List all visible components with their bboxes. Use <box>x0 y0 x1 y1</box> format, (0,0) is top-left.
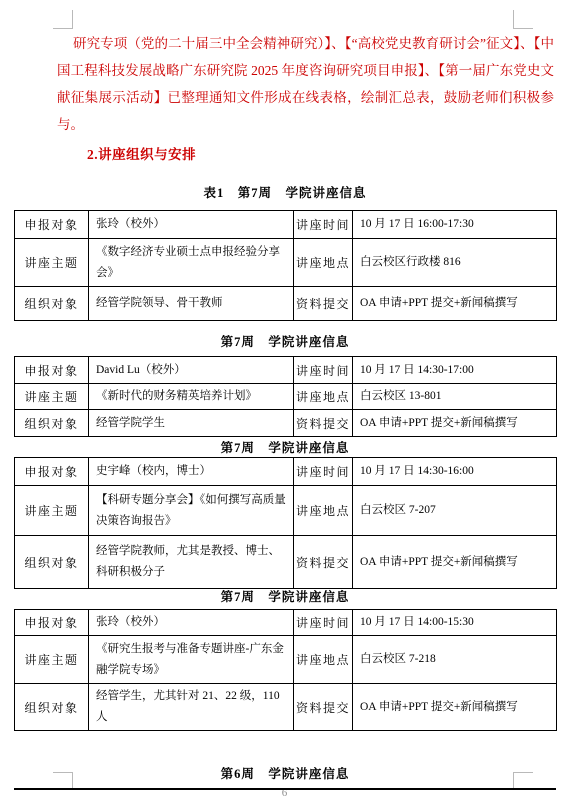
field-value: 《研究生报考与准备专题讲座-广东金融学院专场》 <box>89 636 294 684</box>
field-label: 资料提交 <box>294 684 353 731</box>
field-value: 张玲（校外） <box>89 610 294 636</box>
field-label: 讲座地点 <box>294 636 353 684</box>
lecture-table-week7-4: 申报对象 张玲（校外） 讲座时间 10 月 17 日 14:00-15:30 讲… <box>14 609 557 731</box>
field-value: OA 申请+PPT 提交+新闻稿撰写 <box>353 684 557 731</box>
field-value: 10 月 17 日 14:30-17:00 <box>353 357 557 384</box>
field-value: 经管学院学生 <box>89 410 294 437</box>
lecture-table-week7-2: 申报对象 David Lu（校外） 讲座时间 10 月 17 日 14:30-1… <box>14 356 557 437</box>
field-value: 白云校区行政楼 816 <box>353 239 557 287</box>
table-row: 组织对象 经管学生，尤其针对 21、22 级，110 人 资料提交 OA 申请+… <box>15 684 557 731</box>
field-label: 组织对象 <box>15 536 89 589</box>
field-label: 组织对象 <box>15 287 89 321</box>
field-value: OA 申请+PPT 提交+新闻稿撰写 <box>353 536 557 589</box>
field-value: 10 月 17 日 14:00-15:30 <box>353 610 557 636</box>
table-row: 讲座主题 《研究生报考与准备专题讲座-广东金融学院专场》 讲座地点 白云校区 7… <box>15 636 557 684</box>
field-label: 讲座时间 <box>294 357 353 384</box>
field-label: 讲座时间 <box>294 458 353 486</box>
field-label: 讲座主题 <box>15 636 89 684</box>
text-boundary-mark-top-right <box>513 10 533 29</box>
field-value: 白云校区 7-218 <box>353 636 557 684</box>
field-value: 10 月 17 日 16:00-17:30 <box>353 211 557 239</box>
field-label: 讲座时间 <box>294 610 353 636</box>
table-row: 组织对象 经管学院教师，尤其是教授、博士、科研积极分子 资料提交 OA 申请+P… <box>15 536 557 589</box>
field-label: 讲座主题 <box>15 486 89 536</box>
field-label: 组织对象 <box>15 410 89 437</box>
field-label: 讲座地点 <box>294 486 353 536</box>
intro-paragraph: 研究专项（党的二十届三中全会精神研究）】、【“高校党史教育研讨会”征文】、【中国… <box>57 30 554 138</box>
table-row: 申报对象 张玲（校外） 讲座时间 10 月 17 日 14:00-15:30 <box>15 610 557 636</box>
field-value: 【科研专题分享会】《如何撰写高质量决策咨询报告》 <box>89 486 294 536</box>
field-value: OA 申请+PPT 提交+新闻稿撰写 <box>353 410 557 437</box>
field-value: 白云校区 7-207 <box>353 486 557 536</box>
field-value: 经管学院教师，尤其是教授、博士、科研积极分子 <box>89 536 294 589</box>
table-1-caption: 表1 第7周 学院讲座信息 <box>14 185 556 201</box>
field-label: 讲座时间 <box>294 211 353 239</box>
field-label: 申报对象 <box>15 610 89 636</box>
field-label: 讲座地点 <box>294 239 353 287</box>
table-row: 讲座主题 【科研专题分享会】《如何撰写高质量决策咨询报告》 讲座地点 白云校区 … <box>15 486 557 536</box>
field-value: 白云校区 13-801 <box>353 384 557 410</box>
field-label: 资料提交 <box>294 410 353 437</box>
table-row: 组织对象 经管学院学生 资料提交 OA 申请+PPT 提交+新闻稿撰写 <box>15 410 557 437</box>
section-heading: 2.讲座组织与安排 <box>87 145 196 165</box>
table-row: 讲座主题 《数字经济专业硕士点申报经验分享会》 讲座地点 白云校区行政楼 816 <box>15 239 557 287</box>
lecture-table-week7-1: 申报对象 张玲（校外） 讲座时间 10 月 17 日 16:00-17:30 讲… <box>14 210 557 321</box>
table-row: 讲座主题 《新时代的财务精英培养计划》 讲座地点 白云校区 13-801 <box>15 384 557 410</box>
next-table-caption: 第6周 学院讲座信息 <box>14 766 556 782</box>
field-label: 讲座地点 <box>294 384 353 410</box>
table-row: 申报对象 史宇峰（校内，博士） 讲座时间 10 月 17 日 14:30-16:… <box>15 458 557 486</box>
field-label: 资料提交 <box>294 287 353 321</box>
next-table-top-border <box>14 788 556 790</box>
table-4-caption: 第7周 学院讲座信息 <box>14 589 556 605</box>
field-value: 史宇峰（校内，博士） <box>89 458 294 486</box>
field-label: 申报对象 <box>15 357 89 384</box>
field-label: 讲座主题 <box>15 384 89 410</box>
field-value: 经管学生，尤其针对 21、22 级，110 人 <box>89 684 294 731</box>
lecture-table-week7-3: 申报对象 史宇峰（校内，博士） 讲座时间 10 月 17 日 14:30-16:… <box>14 457 557 589</box>
table-2-caption: 第7周 学院讲座信息 <box>14 334 556 350</box>
field-value: David Lu（校外） <box>89 357 294 384</box>
field-value: 张玲（校外） <box>89 211 294 239</box>
field-label: 组织对象 <box>15 684 89 731</box>
field-value: 经管学院领导、骨干教师 <box>89 287 294 321</box>
field-label: 资料提交 <box>294 536 353 589</box>
field-value: OA 申请+PPT 提交+新闻稿撰写 <box>353 287 557 321</box>
field-value: 《新时代的财务精英培养计划》 <box>89 384 294 410</box>
document-page: 研究专项（党的二十届三中全会精神研究）】、【“高校党史教育研讨会”征文】、【中国… <box>0 0 569 809</box>
field-value: 《数字经济专业硕士点申报经验分享会》 <box>89 239 294 287</box>
text-boundary-mark-top-left <box>53 10 73 29</box>
field-label: 讲座主题 <box>15 239 89 287</box>
field-label: 申报对象 <box>15 211 89 239</box>
field-label: 申报对象 <box>15 458 89 486</box>
field-value: 10 月 17 日 14:30-16:00 <box>353 458 557 486</box>
table-row: 组织对象 经管学院领导、骨干教师 资料提交 OA 申请+PPT 提交+新闻稿撰写 <box>15 287 557 321</box>
table-3-caption: 第7周 学院讲座信息 <box>14 440 556 456</box>
table-row: 申报对象 张玲（校外） 讲座时间 10 月 17 日 16:00-17:30 <box>15 211 557 239</box>
table-row: 申报对象 David Lu（校外） 讲座时间 10 月 17 日 14:30-1… <box>15 357 557 384</box>
